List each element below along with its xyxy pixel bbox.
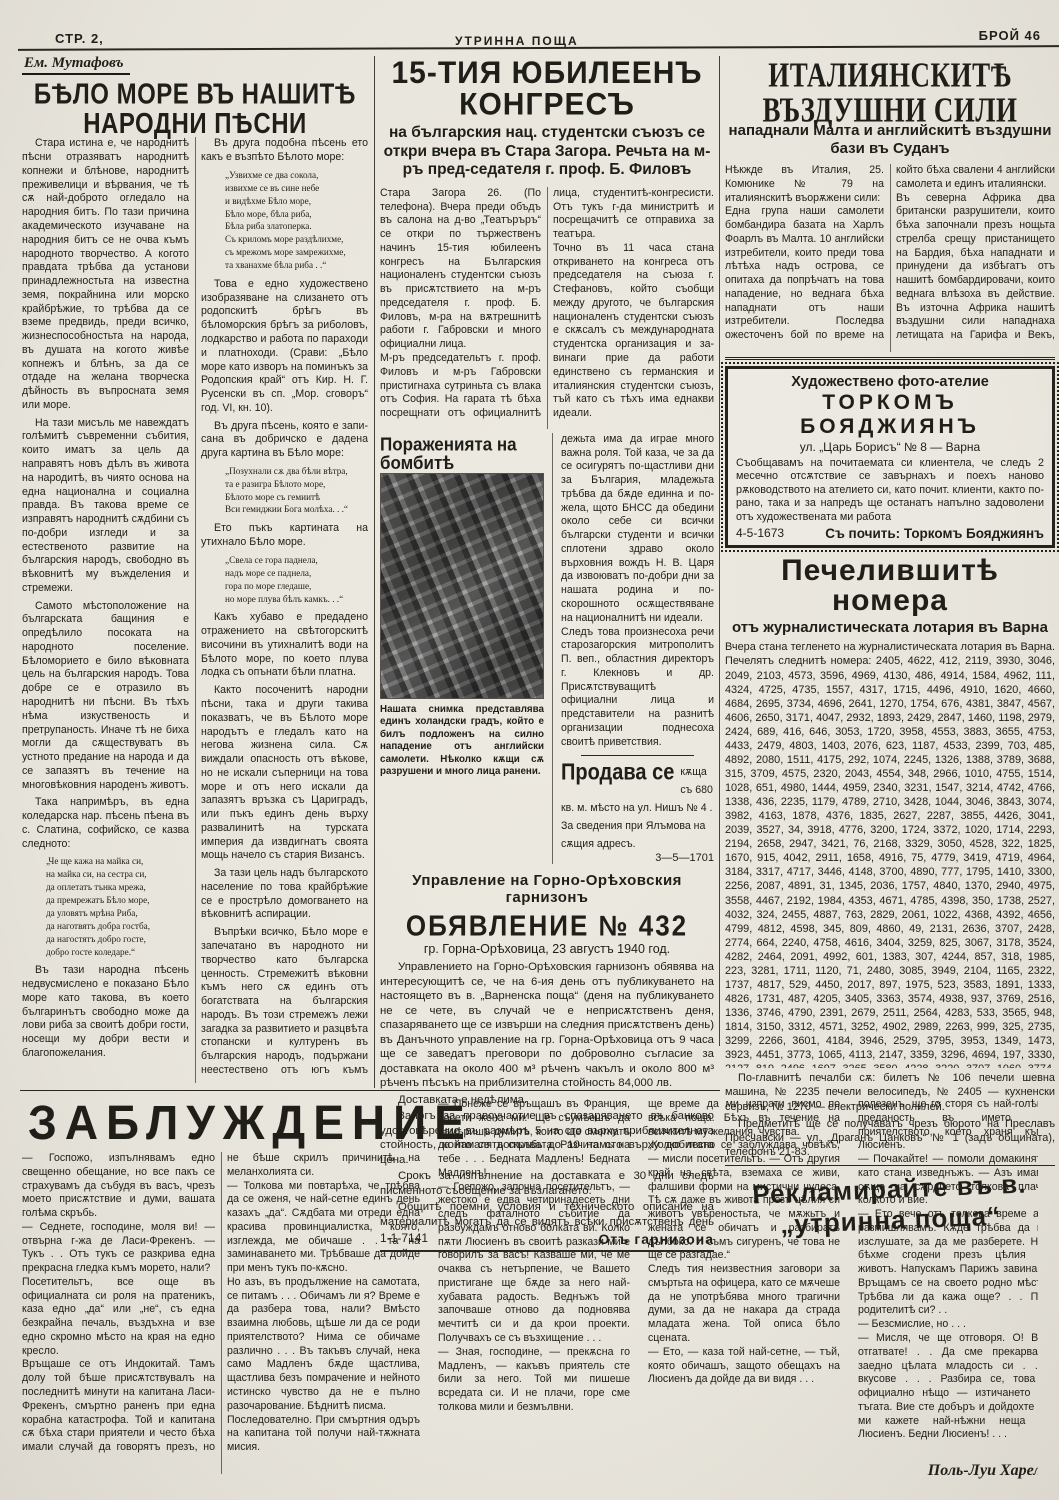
lottery-numbers: Вчера стана тегленето на журналистическа… <box>725 640 1055 1068</box>
paragraph: Това е едно художествено изобразяване на… <box>201 278 368 416</box>
feuilleton-column: ще време да ми изпрати писмо по всѣка по… <box>648 1098 840 1494</box>
feuilleton-text: — Госпожо, изпълнявамъ едно свещенно обе… <box>22 1152 420 1474</box>
paragraph: Управлението на Горно-Орѣховския гарнизо… <box>380 960 714 1090</box>
column-divider <box>374 56 375 1088</box>
notice-dateline: гр. Горна-Орѣховица, 23 августъ 1940 год… <box>380 942 714 956</box>
folk-song-quote: „Свела се гора паднела, надъ море се пад… <box>225 554 368 606</box>
lottery-subhead: отъ журналистическата лотария въ Варна <box>725 619 1055 636</box>
article-body: Стара Загора 26. (По телефона). Вчера пр… <box>380 187 714 429</box>
feuilleton-headline: ЗАБЛУЖДЕНИЕ <box>28 1098 420 1146</box>
paragraph: Въ друга пѣсень, която е запи-сана въ до… <box>201 420 368 461</box>
article-headline: ИТАЛИЯНСКИТѢ ВЪЗДУШНИ СИЛИ <box>725 58 1055 128</box>
article-body: Стара истина е, че народнитѣ пѣсни отраз… <box>22 137 368 1083</box>
notice-org: Управление на Горно-Орѣховския гарнизонъ <box>380 872 714 906</box>
feuilleton: ЗАБЛУЖДЕНИЕ — Госпожо, изпълнявамъ едно … <box>22 1098 1038 1494</box>
ad-address: ул. „Царь Борисъ“ № 8 — Варна <box>736 440 1044 454</box>
notice-headline: ОБЯВЛЕНИЕ № 432 <box>380 909 714 943</box>
masthead: УТРИННА ПОЩА <box>455 34 579 48</box>
folk-song-quote: „Узвихме се два сокола, извихме се въ си… <box>225 169 368 272</box>
feuilleton-last-column: полезенъ, ще го сторя съ най-голѣма пред… <box>858 1098 1038 1494</box>
paragraph: Както посоченитѣ народни пѣсни, така и д… <box>201 684 368 863</box>
lottery-section: Печелившитѣ номера отъ журналистическата… <box>725 556 1055 1158</box>
paragraph: Самото мѣстоположение на българската бащ… <box>22 600 189 793</box>
author-signature: Поль-Луи Харелъ <box>858 1462 1038 1480</box>
paragraph: Въ друга подобна пѣсень ето какъ е възпѣ… <box>201 137 368 165</box>
ad-body: Съобщавамъ на почитаемата си клиентела, … <box>736 457 1044 524</box>
section-rule <box>725 357 1055 360</box>
photo-headline: Пораженията на бомбитѣ <box>380 435 544 472</box>
ad-ref: 4-5-1673 <box>736 526 784 541</box>
text-column: дежьта има да играе много важна роля. То… <box>552 433 714 865</box>
bomb-damage-photo <box>380 473 544 699</box>
article-continuation: дежьта има да играе много важна роля. То… <box>561 433 714 750</box>
winning-numbers: 2405, 4622, 412, 2119, 3930, 3046, 2049,… <box>725 655 1055 1068</box>
feuilleton-lead: ЗАБЛУЖДЕНИЕ — Госпожо, изпълнявамъ едно … <box>22 1098 420 1494</box>
feuilleton-column: — Понеже се връщашъ въ Франция, посети ж… <box>438 1098 630 1494</box>
ad-headline: ТОРКОМЪ БОЯДЖИЯНЪ <box>736 391 1044 439</box>
photo-caption: Нашата снимка представлява единъ холандс… <box>380 704 544 779</box>
article-headline: 15-ТИЯ ЮБИЛЕЕНЪ КОНГРЕСЪ <box>380 58 714 121</box>
paragraph: Какъ хубаво е предадено отражението на с… <box>201 611 368 680</box>
page-number-label: СТР. 2, <box>55 31 104 46</box>
article-white-sea: Ем. Мутафовъ БѢЛО МОРЕ ВЪ НАШИТѢ НАРОДНИ… <box>22 54 368 1083</box>
article-congress: 15-ТИЯ ЮБИЛЕЕНЪ КОНГРЕСЪ на българския н… <box>380 58 714 1252</box>
issue-label: БРОЙ 46 <box>979 28 1041 43</box>
article-body: Нѣкжде въ Италия, 25. Комюнике № 79 на и… <box>725 164 1055 352</box>
folk-song-quote: „Позухнали сѫ два бѣли вѣтра, та е разиг… <box>225 465 368 517</box>
paragraph: Ето пъкъ картината на утихнало Бѣло море… <box>201 522 368 550</box>
column-divider <box>719 56 720 1046</box>
folk-song-quote: „Че ще кажа на майка си, на майка си, на… <box>46 855 189 958</box>
feuilleton-column: полезенъ, ще го сторя съ най-голѣма пред… <box>858 1098 1038 1458</box>
photo-column: Пораженията на бомбитѣ Нашата снимка пре… <box>380 433 544 865</box>
article-headline: БѢЛО МОРЕ ВЪ НАШИТѢ НАРОДНИ ПѢСНИ <box>22 80 368 139</box>
classified-headline: Продава се <box>561 762 674 784</box>
paragraph: Стара истина е, че народнитѣ пѣсни отраз… <box>22 137 189 412</box>
paragraph: Въ тази народна пѣсень недвусмислено е п… <box>22 964 189 1060</box>
classified-ref: 3—5—1701 <box>561 852 714 864</box>
paragraph: На тази мисъль ме навеждатъ голѣмитѣ съв… <box>22 417 189 596</box>
ad-signature: Съ почить: Торкомъ Бояджиянъ <box>825 526 1044 541</box>
photo-and-text-row: Пораженията на бомбитѣ Нашата снимка пре… <box>380 433 714 865</box>
article-byline: Ем. Мутафовъ <box>22 55 130 75</box>
paragraph: Така напримѣръ, въ една коледарска нар. … <box>22 796 189 851</box>
paragraph: За тази цель надъ българското население … <box>201 867 368 922</box>
ad-footer: 4-5-1673 Съ почить: Торкомъ Бояджиянъ <box>736 526 1044 541</box>
article-subhead: на българския нац. студентски съюзъ се о… <box>380 124 714 180</box>
lottery-headline: Печелившитѣ номера <box>725 556 1055 616</box>
newspaper-page: СТР. 2, УТРИННА ПОЩА БРОЙ 46 Ем. Мутафов… <box>0 0 1059 1500</box>
divider <box>581 755 694 756</box>
classified-ad-house: Продава се кѫща съ 680 кв. м. мѣсто на у… <box>561 762 714 864</box>
right-section: ИТАЛИЯНСКИТѢ ВЪЗДУШНИ СИЛИ нападнали Мал… <box>725 58 1055 1236</box>
ad-kicker: Художествено фото-ателие <box>736 374 1044 390</box>
photo-studio-ad: Художествено фото-ателие ТОРКОМЪ БОЯДЖИЯ… <box>725 366 1055 548</box>
header-rule <box>18 45 1059 51</box>
